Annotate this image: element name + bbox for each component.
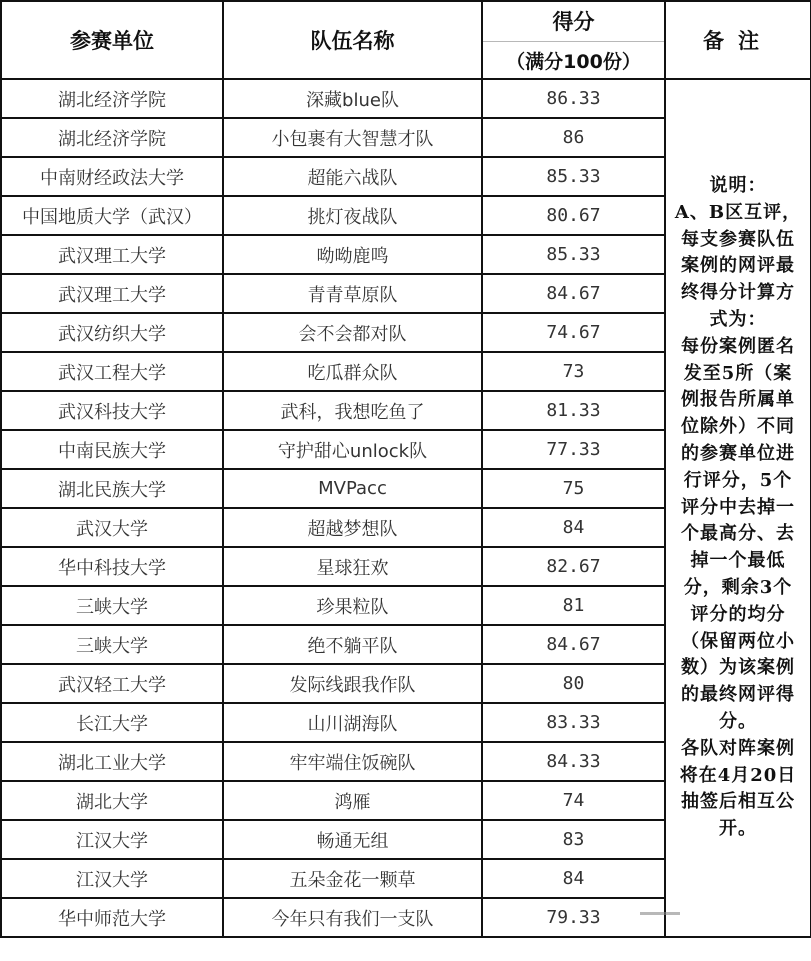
cell-unit: 中南民族大学 xyxy=(1,430,223,469)
cell-unit: 武汉科技大学 xyxy=(1,391,223,430)
header-notes: 备注 xyxy=(665,1,811,79)
cell-score: 83.33 xyxy=(482,703,665,742)
cell-team: 牢牢端住饭碗队 xyxy=(223,742,482,781)
notes-line: 将在4月20日 xyxy=(666,763,810,790)
cell-unit: 三峡大学 xyxy=(1,586,223,625)
notes-line: 掉一个最低 xyxy=(666,548,810,575)
cell-team: 发际线跟我作队 xyxy=(223,664,482,703)
notes-line: 说明： xyxy=(666,173,810,200)
cell-score: 86.33 xyxy=(482,79,665,118)
cell-team: 超能六战队 xyxy=(223,157,482,196)
notes-line: 分。 xyxy=(666,709,810,736)
cell-team: 今年只有我们一支队 xyxy=(223,898,482,937)
header-unit: 参赛单位 xyxy=(1,1,223,79)
cell-score: 84 xyxy=(482,508,665,547)
cell-unit: 湖北经济学院 xyxy=(1,118,223,157)
cell-score: 73 xyxy=(482,352,665,391)
notes-line: 的最终网评得 xyxy=(666,682,810,709)
score-table: 参赛单位 队伍名称 得分 （满分100份） 备注 湖北经济学院深藏blue队86… xyxy=(0,0,811,938)
cell-team: 超越梦想队 xyxy=(223,508,482,547)
cell-score: 74.67 xyxy=(482,313,665,352)
notes-line: 行评分，5个 xyxy=(666,468,810,495)
scan-artifact xyxy=(640,912,680,915)
notes-line: 各队对阵案例 xyxy=(666,736,810,763)
notes-text: 说明：A、B区互评，每支参赛队伍案例的网评最终得分计算方式为：每份案例匿名发至5… xyxy=(666,173,810,843)
table-row: 湖北经济学院深藏blue队86.33说明：A、B区互评，每支参赛队伍案例的网评最… xyxy=(1,79,811,118)
cell-score: 81 xyxy=(482,586,665,625)
cell-score: 80 xyxy=(482,664,665,703)
cell-team: 畅通无组 xyxy=(223,820,482,859)
notes-line: 抽签后相互公 xyxy=(666,789,810,816)
cell-score: 84.33 xyxy=(482,742,665,781)
cell-unit: 三峡大学 xyxy=(1,625,223,664)
cell-unit: 武汉大学 xyxy=(1,508,223,547)
header-team: 队伍名称 xyxy=(223,1,482,79)
cell-unit: 武汉纺织大学 xyxy=(1,313,223,352)
cell-score: 82.67 xyxy=(482,547,665,586)
cell-team: 珍果粒队 xyxy=(223,586,482,625)
cell-team: 吃瓜群众队 xyxy=(223,352,482,391)
cell-team: 五朵金花一颗草 xyxy=(223,859,482,898)
cell-team: 守护甜心unlock队 xyxy=(223,430,482,469)
cell-unit: 湖北民族大学 xyxy=(1,469,223,508)
cell-unit: 湖北大学 xyxy=(1,781,223,820)
cell-team: 山川湖海队 xyxy=(223,703,482,742)
cell-unit: 湖北经济学院 xyxy=(1,79,223,118)
cell-unit: 江汉大学 xyxy=(1,820,223,859)
notes-line: 开。 xyxy=(666,816,810,843)
cell-team: 深藏blue队 xyxy=(223,79,482,118)
cell-score: 77.33 xyxy=(482,430,665,469)
cell-score: 86 xyxy=(482,118,665,157)
cell-score: 80.67 xyxy=(482,196,665,235)
cell-team: 星球狂欢 xyxy=(223,547,482,586)
cell-score: 74 xyxy=(482,781,665,820)
cell-unit: 武汉轻工大学 xyxy=(1,664,223,703)
cell-unit: 湖北工业大学 xyxy=(1,742,223,781)
cell-score: 84.67 xyxy=(482,625,665,664)
cell-unit: 长江大学 xyxy=(1,703,223,742)
cell-score: 84 xyxy=(482,859,665,898)
cell-team: 小包裹有大智慧才队 xyxy=(223,118,482,157)
notes-line: 位除外）不同 xyxy=(666,414,810,441)
table-body: 湖北经济学院深藏blue队86.33说明：A、B区互评，每支参赛队伍案例的网评最… xyxy=(1,79,811,937)
cell-score: 84.67 xyxy=(482,274,665,313)
cell-score: 83 xyxy=(482,820,665,859)
notes-line: 例报告所属单 xyxy=(666,387,810,414)
cell-unit: 江汉大学 xyxy=(1,859,223,898)
cell-team: 青青草原队 xyxy=(223,274,482,313)
notes-line: 每份案例匿名 xyxy=(666,334,810,361)
header-score-max: （满分100份） xyxy=(483,42,664,79)
header-score: 得分 （满分100份） xyxy=(482,1,665,79)
notes-line: 的参赛单位进 xyxy=(666,441,810,468)
cell-score: 75 xyxy=(482,469,665,508)
notes-line: 评分中去掉一 xyxy=(666,495,810,522)
cell-score: 81.33 xyxy=(482,391,665,430)
header-row: 参赛单位 队伍名称 得分 （满分100份） 备注 xyxy=(1,1,811,79)
cell-score: 85.33 xyxy=(482,235,665,274)
cell-unit: 华中师范大学 xyxy=(1,898,223,937)
cell-team: 绝不躺平队 xyxy=(223,625,482,664)
cell-notes: 说明：A、B区互评，每支参赛队伍案例的网评最终得分计算方式为：每份案例匿名发至5… xyxy=(665,79,811,937)
cell-team: 挑灯夜战队 xyxy=(223,196,482,235)
cell-unit: 武汉理工大学 xyxy=(1,235,223,274)
notes-line: 评分的均分 xyxy=(666,602,810,629)
cell-unit: 中国地质大学（武汉） xyxy=(1,196,223,235)
notes-line: （保留两位小 xyxy=(666,629,810,656)
notes-line: 分，剩余3个 xyxy=(666,575,810,602)
cell-team: 会不会都对队 xyxy=(223,313,482,352)
notes-line: 每支参赛队伍 xyxy=(666,227,810,254)
cell-score: 79.33 xyxy=(482,898,665,937)
cell-unit: 中南财经政法大学 xyxy=(1,157,223,196)
cell-team: MVPacc xyxy=(223,469,482,508)
notes-line: 案例的网评最 xyxy=(666,253,810,280)
notes-line: 数）为该案例 xyxy=(666,655,810,682)
cell-team: 呦呦鹿鸣 xyxy=(223,235,482,274)
cell-score: 85.33 xyxy=(482,157,665,196)
cell-team: 鸿雁 xyxy=(223,781,482,820)
cell-team: 武科，我想吃鱼了 xyxy=(223,391,482,430)
cell-unit: 华中科技大学 xyxy=(1,547,223,586)
notes-line: A、B区互评， xyxy=(666,200,810,227)
notes-line: 终得分计算方 xyxy=(666,280,810,307)
notes-line: 发至5所（案 xyxy=(666,361,810,388)
cell-unit: 武汉工程大学 xyxy=(1,352,223,391)
notes-line: 个最高分、去 xyxy=(666,521,810,548)
notes-line: 式为： xyxy=(666,307,810,334)
cell-unit: 武汉理工大学 xyxy=(1,274,223,313)
header-score-label: 得分 xyxy=(483,2,664,42)
